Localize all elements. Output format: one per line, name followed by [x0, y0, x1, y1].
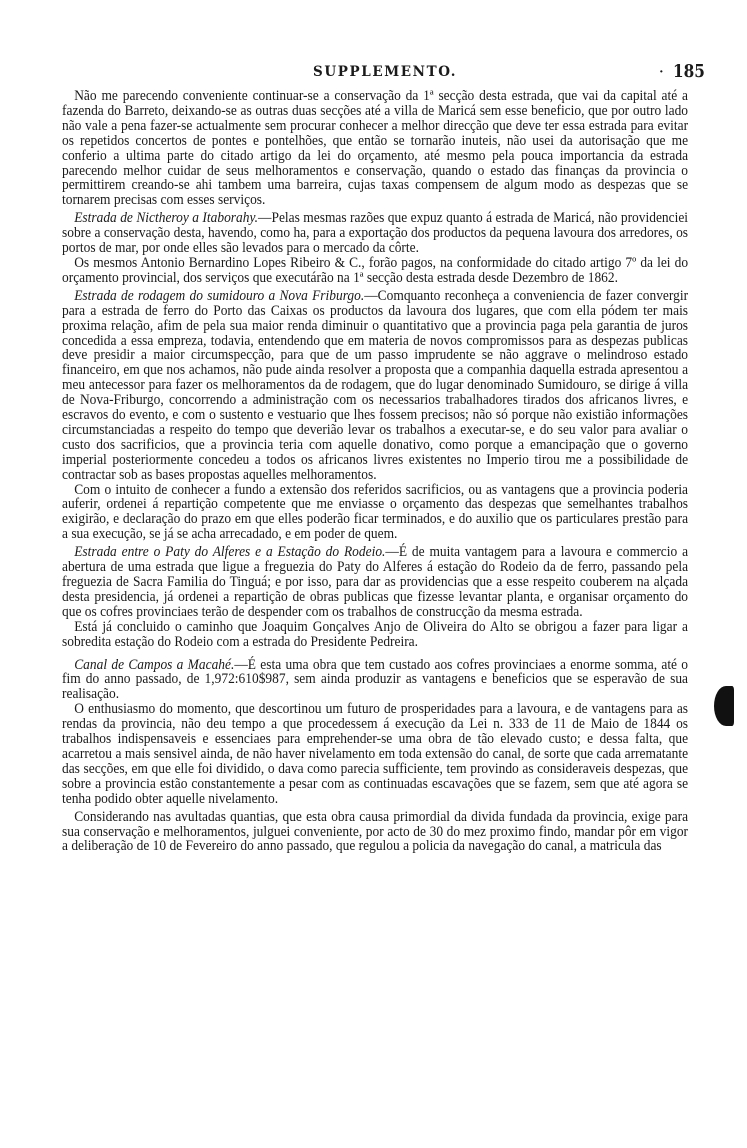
scan-edge-mark [714, 686, 734, 726]
paragraph-text: Está já concluido o caminho que Joaquim … [62, 619, 688, 650]
section-heading-paty-do-alferes: Estrada entre o Paty do Alferes e a Esta… [74, 544, 385, 560]
paragraph-3: Os mesmos Antonio Bernardino Lopes Ribei… [62, 256, 688, 286]
section-heading-sumidouro: Estrada de rodagem do sumidouro a Nova F… [74, 288, 364, 304]
section-heading-canal-campos-macahe: Canal de Campos a Macahé. [74, 657, 234, 673]
paragraph-9: O enthusiasmo do momento, que descortino… [62, 702, 688, 806]
page-number: 185 [673, 61, 705, 82]
paragraph-text: Não me parecendo conveniente continuar-s… [62, 88, 688, 208]
paragraph-8: Canal de Campos a Macahé.—É esta uma obr… [62, 658, 688, 703]
running-title: SUPPLEMENTO. [313, 64, 457, 80]
paragraph-text: Considerando nas avultadas quantias, que… [62, 809, 688, 855]
paragraph-1: Não me parecendo conveniente continuar-s… [62, 89, 688, 208]
paragraph-5: Com o intuito de conhecer a fundo a exte… [62, 483, 688, 543]
paragraph-2: Estrada de Nictheroy a Itaborahy.—Pelas … [62, 211, 688, 256]
paragraph-text: Com o intuito de conhecer a fundo a exte… [62, 482, 688, 543]
body-text: Não me parecendo conveniente continuar-s… [62, 89, 688, 854]
page-header: SUPPLEMENTO. · 185 [0, 64, 747, 84]
paragraph-10: Considerando nas avultadas quantias, que… [62, 810, 688, 855]
paragraph-7: Está já concluido o caminho que Joaquim … [62, 620, 688, 650]
paragraph-6: Estrada entre o Paty do Alferes e a Esta… [62, 545, 688, 620]
paragraph-text: —Comquanto reconheça a conveniencia de f… [62, 288, 688, 483]
paragraph-text: O enthusiasmo do momento, que descortino… [62, 701, 688, 806]
section-heading-nictheroy: Estrada de Nictheroy a Itaborahy. [74, 210, 258, 226]
page-dot: · [659, 65, 664, 81]
paragraph-4: Estrada de rodagem do sumidouro a Nova F… [62, 289, 688, 483]
paragraph-text: Os mesmos Antonio Bernardino Lopes Ribei… [62, 255, 688, 286]
